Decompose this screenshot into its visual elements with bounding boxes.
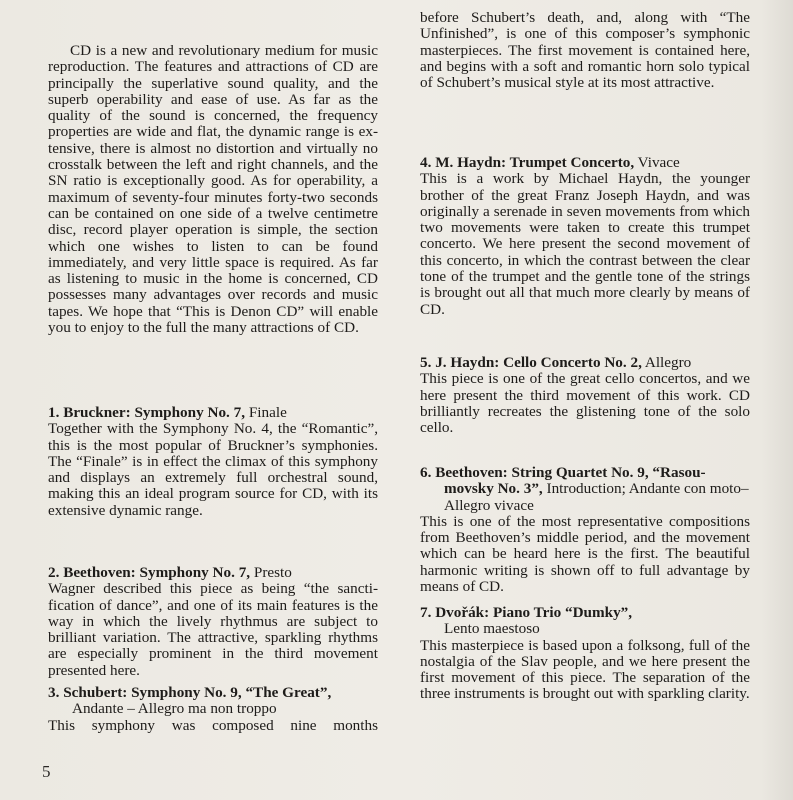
track-description: This piece is one of the great cello con… (420, 371, 750, 436)
track-description: This is a work by Michael Haydn, the you… (420, 171, 750, 318)
track-title: 7. Dvořák: Piano Trio “Dumky”, Lento mae… (420, 605, 750, 638)
track-5: 5. J. Haydn: Cello Concerto No. 2, Alleg… (420, 355, 750, 436)
track-number: 2. (48, 564, 59, 581)
track-title: 1. Bruckner: Symphony No. 7, Finale (48, 405, 378, 421)
track-description: This symphony was composed nine months (48, 718, 378, 734)
track-title-movement: Lento maestoso (420, 621, 750, 637)
track-description: Together with the Symphony No. 4, the “R… (48, 421, 378, 519)
track-number: 4. (420, 154, 431, 171)
track-description: This is one of the most representative c… (420, 514, 750, 595)
track-2: 2. Beethoven: Symphony No. 7, Presto Wag… (48, 565, 378, 679)
track-description: This masterpiece is based upon a folkson… (420, 638, 750, 703)
track-title-bold: Beethoven: Symphony No. 7, (63, 564, 250, 581)
track-number: 1. (48, 404, 59, 421)
left-column: CD is a new and revolutionary medium for… (48, 43, 378, 336)
intro-paragraph: CD is a new and revolutionary medium for… (48, 43, 378, 336)
page-number: 5 (42, 762, 51, 782)
track-title: 2. Beethoven: Symphony No. 7, Presto (48, 565, 378, 581)
track-title-movement: Andante – Allegro ma non troppo (48, 701, 378, 717)
track-title: 5. J. Haydn: Cello Concerto No. 2, Alleg… (420, 355, 750, 371)
track-1: 1. Bruckner: Symphony No. 7, Finale Toge… (48, 405, 378, 519)
track-4: 4. M. Haydn: Trumpet Concerto, Vivace Th… (420, 155, 750, 318)
track-title-bold: M. Haydn: Trumpet Concerto, (435, 154, 634, 171)
track-title: 6. Beethoven: String Quartet No. 9, “Ras… (420, 465, 750, 514)
track-title: 3. Schubert: Symphony No. 9, “The Great”… (48, 685, 378, 718)
track-description: Wagner described this piece as being “th… (48, 581, 378, 679)
track-description-continued: before Schubert’s death, and, along with… (420, 10, 750, 91)
track-number: 7. (420, 604, 431, 621)
track-title-movement: Vivace (634, 154, 680, 171)
track-title-bold: Bruckner: Symphony No. 7, (63, 404, 245, 421)
track-title-bold: J. Haydn: Cello Concerto No. 2, (435, 354, 642, 371)
track-title-movement: Presto (250, 564, 292, 581)
track-3-continued: before Schubert’s death, and, along with… (420, 10, 750, 91)
track-3: 3. Schubert: Symphony No. 9, “The Great”… (48, 685, 378, 734)
track-number: 5. (420, 354, 431, 371)
track-number: 6. (420, 464, 431, 481)
track-title: 4. M. Haydn: Trumpet Concerto, Vivace (420, 155, 750, 171)
track-number: 3. (48, 684, 59, 701)
track-title-movement: Allegro (642, 354, 691, 371)
track-6: 6. Beethoven: String Quartet No. 9, “Ras… (420, 465, 750, 595)
track-title-bold: Dvořák: Piano Trio “Dumky”, (435, 604, 632, 621)
track-title-movement: Finale (245, 404, 287, 421)
booklet-page: CD is a new and revolutionary medium for… (0, 0, 793, 800)
track-title-bold: Schubert: Symphony No. 9, “The Great”, (63, 684, 331, 701)
track-7: 7. Dvořák: Piano Trio “Dumky”, Lento mae… (420, 605, 750, 703)
